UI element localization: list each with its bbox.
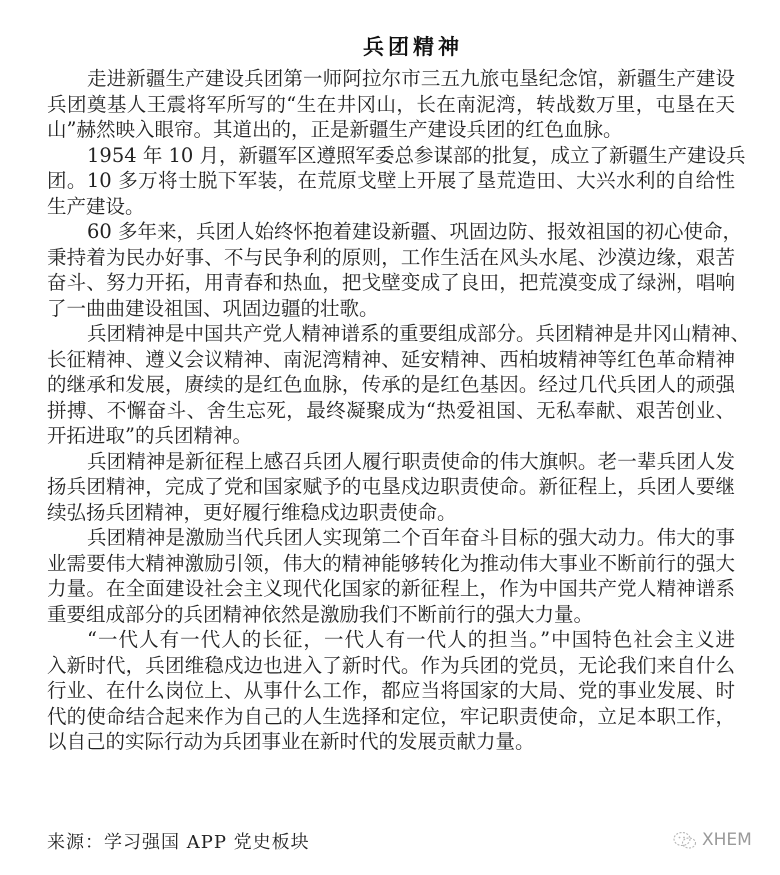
text-line: 以自己的实际行动为兵团事业在新时代的发展贡献力量。 <box>47 729 735 755</box>
source-attribution: 来源：学习强国 APP 党史板块 <box>47 828 310 854</box>
text-line: 奋斗、努力开拓，用青春和热血，把戈壁变成了良田，把荒漠变成了绿洲，唱响 <box>47 270 735 296</box>
text-line: 团。10 多万将士脱下军装，在荒原戈壁上开展了垦荒造田、大兴水利的自给性 <box>47 168 735 194</box>
text-line: 了一曲曲建设祖国、巩固边疆的壮歌。 <box>47 296 735 322</box>
text-line: “一代人有一代人的长征，一代人有一代人的担当。”中国特色社会主义进 <box>47 627 735 653</box>
paragraph: 走进新疆生产建设兵团第一师阿拉尔市三五九旅屯垦纪念馆，新疆生产建设 兵团奠基人王… <box>47 66 735 143</box>
text-line: 山”赫然映入眼帘。其道出的，正是新疆生产建设兵团的红色血脉。 <box>47 117 735 143</box>
text-line: 开拓进取”的兵团精神。 <box>47 423 735 449</box>
paragraph: 兵团精神是新征程上感召兵团人履行职责使命的伟大旗帜。老一辈兵团人发 扬兵团精神，… <box>47 449 735 526</box>
article-title: 兵团精神 <box>363 33 463 61</box>
text-line: 长征精神、遵义会议精神、南泥湾精神、延安精神、西柏坡精神等红色革命精神 <box>47 347 735 373</box>
text-line: 代的使命结合起来作为自己的人生选择和定位，牢记职责使命，立足本职工作， <box>47 704 735 730</box>
text-line: 走进新疆生产建设兵团第一师阿拉尔市三五九旅屯垦纪念馆，新疆生产建设 <box>47 66 735 92</box>
paragraph: “一代人有一代人的长征，一代人有一代人的担当。”中国特色社会主义进 入新时代，兵… <box>47 627 735 755</box>
text-line: 兵团精神是新征程上感召兵团人履行职责使命的伟大旗帜。老一辈兵团人发 <box>47 449 735 475</box>
text-line: 业需要伟大精神激励引领，伟大的精神能够转化为推动伟大事业不断前行的强大 <box>47 551 735 577</box>
paragraph: 兵团精神是中国共产党人精神谱系的重要组成部分。兵团精神是井冈山精神、 长征精神、… <box>47 321 735 449</box>
watermark: XHEM <box>672 830 752 850</box>
text-line: 生产建设。 <box>47 194 735 220</box>
text-line: 秉持着为民办好事、不与民争利的原则，工作生活在风头水尾、沙漠边缘，艰苦 <box>47 245 735 271</box>
text-line: 入新时代，兵团维稳戍边也进入了新时代。作为兵团的党员，无论我们来自什么 <box>47 653 735 679</box>
paragraph: 兵团精神是激励当代兵团人实现第二个百年奋斗目标的强大动力。伟大的事 业需要伟大精… <box>47 525 735 627</box>
text-line: 行业、在什么岗位上、从事什么工作，都应当将国家的大局、党的事业发展、时 <box>47 678 735 704</box>
text-line: 扬兵团精神，完成了党和国家赋予的屯垦戍边职责使命。新征程上，兵团人要继 <box>47 474 735 500</box>
text-line: 续弘扬兵团精神，更好履行维稳戍边职责使命。 <box>47 500 735 526</box>
text-line: 重要组成部分的兵团精神依然是激励我们不断前行的强大力量。 <box>47 602 735 628</box>
article-body: 走进新疆生产建设兵团第一师阿拉尔市三五九旅屯垦纪念馆，新疆生产建设 兵团奠基人王… <box>47 66 735 755</box>
text-line: 力量。在全面建设社会主义现代化国家的新征程上，作为中国共产党人精神谱系 <box>47 576 735 602</box>
text-line: 兵团奠基人王震将军所写的“生在井冈山，长在南泥湾，转战数万里，屯垦在天 <box>47 92 735 118</box>
text-line: 兵团精神是激励当代兵团人实现第二个百年奋斗目标的强大动力。伟大的事 <box>47 525 735 551</box>
text-line: 兵团精神是中国共产党人精神谱系的重要组成部分。兵团精神是井冈山精神、 <box>47 321 735 347</box>
paragraph: 1954 年 10 月，新疆军区遵照军委总参谋部的批复，成立了新疆生产建设兵 团… <box>47 143 735 220</box>
text-line: 的继承和发展，赓续的是红色血脉，传承的是红色基因。经过几代兵团人的顽强 <box>47 372 735 398</box>
watermark-text: XHEM <box>702 830 752 850</box>
wechat-icon <box>672 830 698 850</box>
text-line: 1954 年 10 月，新疆军区遵照军委总参谋部的批复，成立了新疆生产建设兵 <box>47 143 735 169</box>
paragraph: 60 多年来，兵团人始终怀抱着建设新疆、巩固边防、报效祖国的初心使命， 秉持着为… <box>47 219 735 321</box>
text-line: 60 多年来，兵团人始终怀抱着建设新疆、巩固边防、报效祖国的初心使命， <box>47 219 735 245</box>
text-line: 拼搏、不懈奋斗、舍生忘死，最终凝聚成为“热爱祖国、无私奉献、艰苦创业、 <box>47 398 735 424</box>
